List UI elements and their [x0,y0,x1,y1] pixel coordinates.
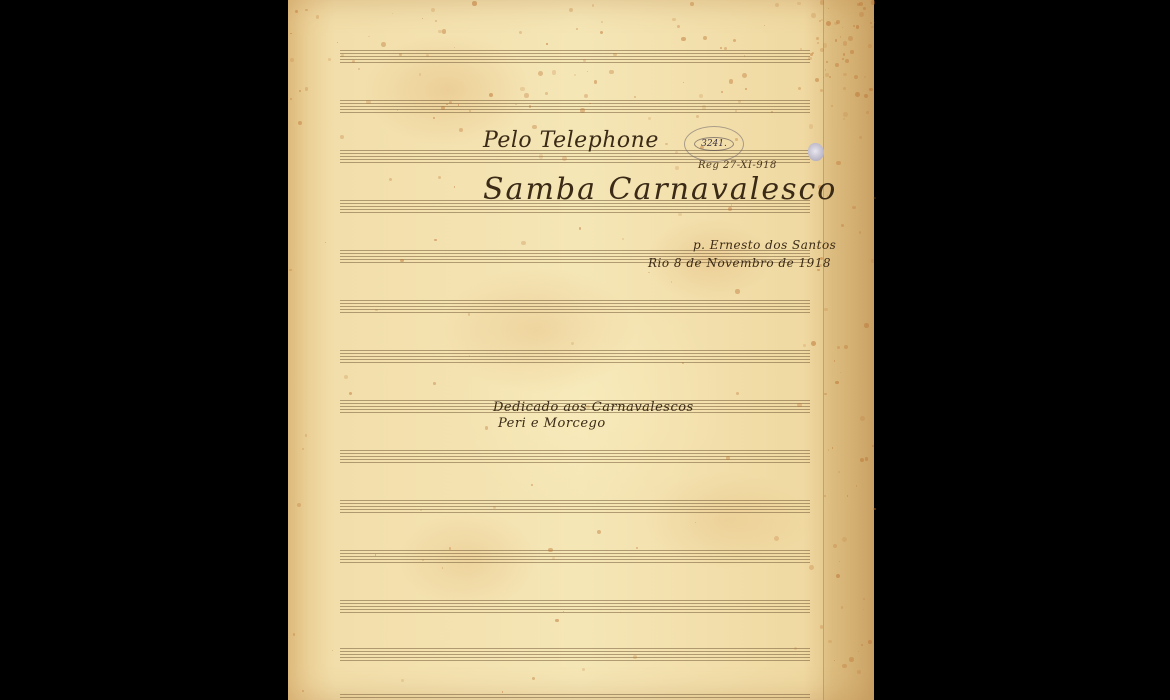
stain-speck [493,506,496,509]
stain-speck [299,90,301,92]
stain-speck [358,68,360,70]
stain-speck [856,25,859,28]
stain-speck [812,52,814,54]
stain-speck [724,47,727,50]
stain-speck [823,77,824,78]
stain-speck [874,22,875,23]
title-line-2: Samba Carnavalesco [483,172,837,207]
stain-speck [538,71,543,76]
stain-speck [580,108,585,113]
stain-speck [764,25,765,26]
stain-speck [858,651,859,652]
stain-speck [515,104,516,105]
stain-speck [811,13,816,18]
stain-speck [433,117,435,119]
stain-speck [520,87,524,91]
stain-speck [459,128,463,132]
stain-speck [529,105,531,107]
stain-speck [699,94,703,98]
stain-speck [636,547,638,549]
stain-speck [865,457,868,460]
stain-speck [824,308,828,312]
stain-speck [745,88,747,90]
stain-speck [843,41,848,46]
stain-speck [582,668,586,672]
stain-speck [797,403,801,407]
stain-speck [397,109,398,110]
stain-speck [297,503,301,507]
stain-speck [841,224,844,227]
stain-speck [433,382,436,385]
stain-speck [736,392,739,395]
manuscript-page: 3241. Pelo Telephone Reg 27-XI-918 Samba… [288,0,874,700]
stain-speck [815,78,819,82]
stain-speck [843,87,846,90]
stain-speck [454,47,455,48]
stain-speck [729,79,734,84]
stain-speck [469,110,471,112]
stain-speck [609,70,614,75]
stain-speck [842,664,846,668]
stain-speck [587,71,588,72]
stain-speck [832,447,833,448]
stain-speck [859,2,863,6]
stain-speck [532,677,535,680]
stain-speck [843,112,848,117]
stain-speck [671,281,673,283]
stain-speck [584,94,588,98]
stain-speck [531,484,534,487]
stain-speck [401,679,404,682]
stain-speck [441,106,445,110]
staff-lines [340,500,810,512]
stain-speck [835,63,839,67]
staff-lines [340,450,810,462]
staff-lines [340,550,810,562]
stain-speck [472,1,476,5]
paper-blemish [808,143,824,161]
stain-speck [539,154,544,159]
stain-speck [842,58,844,60]
staff-lines [340,350,810,362]
stain-speck [872,445,874,447]
stain-speck [853,25,855,27]
stain-speck [601,21,603,23]
stain-speck [569,8,573,12]
stain-speck [290,98,292,100]
stain-speck [449,547,452,550]
stain-speck [672,18,675,21]
stain-speck [622,238,624,240]
stain-speck [633,655,637,659]
stain-speck [742,73,747,78]
stain-speck [469,355,470,356]
staff-lines [340,300,810,312]
stain-speck [690,2,694,6]
stamp-number: 3241. [694,137,734,151]
stain-speck [594,80,597,83]
stain-speck [392,13,393,14]
stain-speck [703,36,707,40]
stain-speck [864,323,869,328]
stain-speck [552,557,555,560]
stain-speck [442,29,447,34]
stain-speck [775,3,779,7]
stain-speck [733,39,736,42]
stain-speck [332,650,333,651]
stain-speck [545,92,548,95]
stain-speck [828,640,831,643]
stain-speck [389,178,392,181]
stain-speck [337,42,338,43]
stain-speck [873,197,876,200]
stain-speck [524,93,528,97]
stain-speck [831,105,833,107]
stain-speck [855,92,860,97]
stain-speck [290,58,293,61]
stain-speck [485,426,488,429]
stain-speck [847,495,849,497]
stain-speck [468,313,470,315]
stain-speck [675,166,679,170]
staff-lines [340,694,810,700]
stain-speck [298,121,302,125]
stain-speck [648,117,651,120]
stain-speck [399,53,402,56]
stain-speck [848,36,852,40]
stain-speck [555,619,558,622]
stain-speck [375,309,377,311]
dedication-line-1: Dedicado aos Carnavalescos [493,400,694,415]
stain-speck [816,37,819,40]
stain-speck [344,375,348,379]
stain-speck [419,73,422,76]
stain-speck [843,73,846,76]
staff-lines [340,648,810,660]
stain-speck [849,657,853,661]
stain-speck [634,96,636,98]
stain-speck [677,25,680,28]
stain-speck [381,42,386,47]
stain-speck [489,93,493,97]
stain-speck [431,8,436,13]
stain-speck [871,0,875,4]
stain-speck [325,242,326,243]
stain-speck [797,2,801,6]
stain-speck [863,7,866,10]
stain-speck [574,74,576,76]
stain-speck [290,33,292,35]
stain-speck [438,176,441,179]
stain-speck [289,269,292,272]
stain-speck [305,9,307,11]
stain-speck [552,70,557,75]
stain-speck [809,565,814,570]
stain-speck [803,344,806,347]
author-line: p. Ernesto dos Santos [693,238,836,252]
stain-speck [838,471,840,473]
stain-speck [695,522,696,523]
stain-speck [341,54,344,57]
stain-speck [868,44,872,48]
stain-speck [859,12,864,17]
stain-speck [681,37,686,42]
stain-speck [842,537,847,542]
stain-speck [366,100,371,105]
stain-speck [305,434,307,436]
stain-speck [798,87,801,90]
stain-speck [871,259,874,262]
stain-speck [821,19,823,21]
stain-speck [302,448,304,450]
stain-speck [665,143,668,146]
stain-speck [720,47,722,49]
stain-speck [600,31,603,34]
stain-speck [519,31,522,34]
stain-speck [808,57,812,61]
stain-speck [502,691,504,693]
stain-speck [744,55,745,56]
stain-speck [458,104,459,105]
stain-speck [721,91,723,93]
stain-speck [824,495,825,496]
stain-speck [597,530,601,534]
stain-speck [817,42,819,44]
stain-speck [295,10,298,13]
date-line: Rio 8 de Novembro de 1918 [648,256,831,270]
stain-speck [863,598,865,600]
stain-speck [548,548,553,553]
stain-speck [571,342,574,345]
stain-speck [305,87,308,90]
stain-speck [829,76,831,78]
stain-speck [678,213,682,217]
stain-speck [340,135,344,139]
stain-speck [842,27,843,28]
stain-speck [843,53,845,55]
stain-speck [422,18,423,19]
stain-speck [868,640,872,644]
stain-speck [368,36,370,38]
stain-speck [809,124,813,128]
staff-lines [340,50,810,62]
stain-speck [828,449,830,451]
stain-speck [735,289,739,293]
stain-speck [696,115,699,118]
stain-speck [771,111,774,114]
stain-speck [546,43,547,44]
stain-speck [454,186,456,188]
stain-speck [442,567,443,568]
stain-speck [302,690,304,692]
title-line-1: Pelo Telephone [483,128,659,153]
stain-speck [823,43,828,48]
stain-speck [576,28,578,30]
dedication-line-2: Peri e Morcego [498,416,606,431]
stain-speck [648,272,649,273]
stain-speck [592,4,594,6]
stain-speck [728,207,732,211]
staff-lines [340,600,810,612]
registration-note: Reg 27-XI-918 [698,160,777,171]
stain-speck [316,15,320,19]
stain-speck [579,227,582,230]
library-stamp: 3241. [684,126,744,162]
stain-speck [434,239,436,241]
stain-speck [435,20,438,23]
stain-speck [794,647,797,650]
stain-speck [820,0,824,4]
stain-speck [850,50,853,53]
stain-speck [675,151,678,154]
stain-speck [349,392,352,395]
stain-speck [844,345,848,349]
stain-speck [824,393,827,396]
stain-speck [870,22,872,24]
stain-speck [726,456,730,460]
stain-speck [811,341,816,346]
stain-speck [328,58,331,61]
stain-speck [293,633,296,636]
stain-speck [683,82,684,83]
stain-speck [521,241,525,245]
stain-speck [774,536,779,541]
stain-speck [682,362,684,364]
